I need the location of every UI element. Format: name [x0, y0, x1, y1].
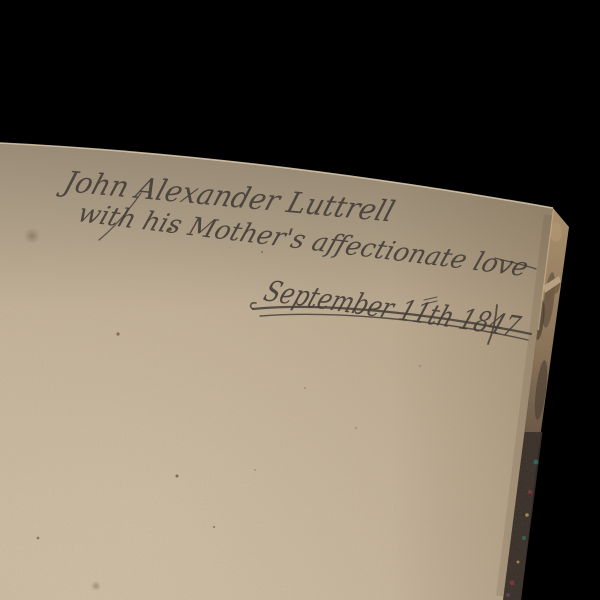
foxing-spot	[91, 581, 101, 591]
paper-speck	[419, 365, 421, 367]
paper-speck	[355, 427, 357, 429]
paper-speck	[261, 251, 263, 253]
paper-speck	[37, 537, 40, 540]
paper-speck	[176, 475, 179, 478]
paper-speck	[213, 526, 215, 528]
foxing-spot	[24, 228, 40, 244]
book-photo-canvas: John Alexander Luttrell with his Mother'…	[0, 0, 600, 600]
paper-speck	[116, 332, 119, 335]
book-photo: John Alexander Luttrell with his Mother'…	[0, 0, 600, 600]
paper-speck	[304, 387, 306, 389]
paper-speck	[254, 469, 256, 471]
